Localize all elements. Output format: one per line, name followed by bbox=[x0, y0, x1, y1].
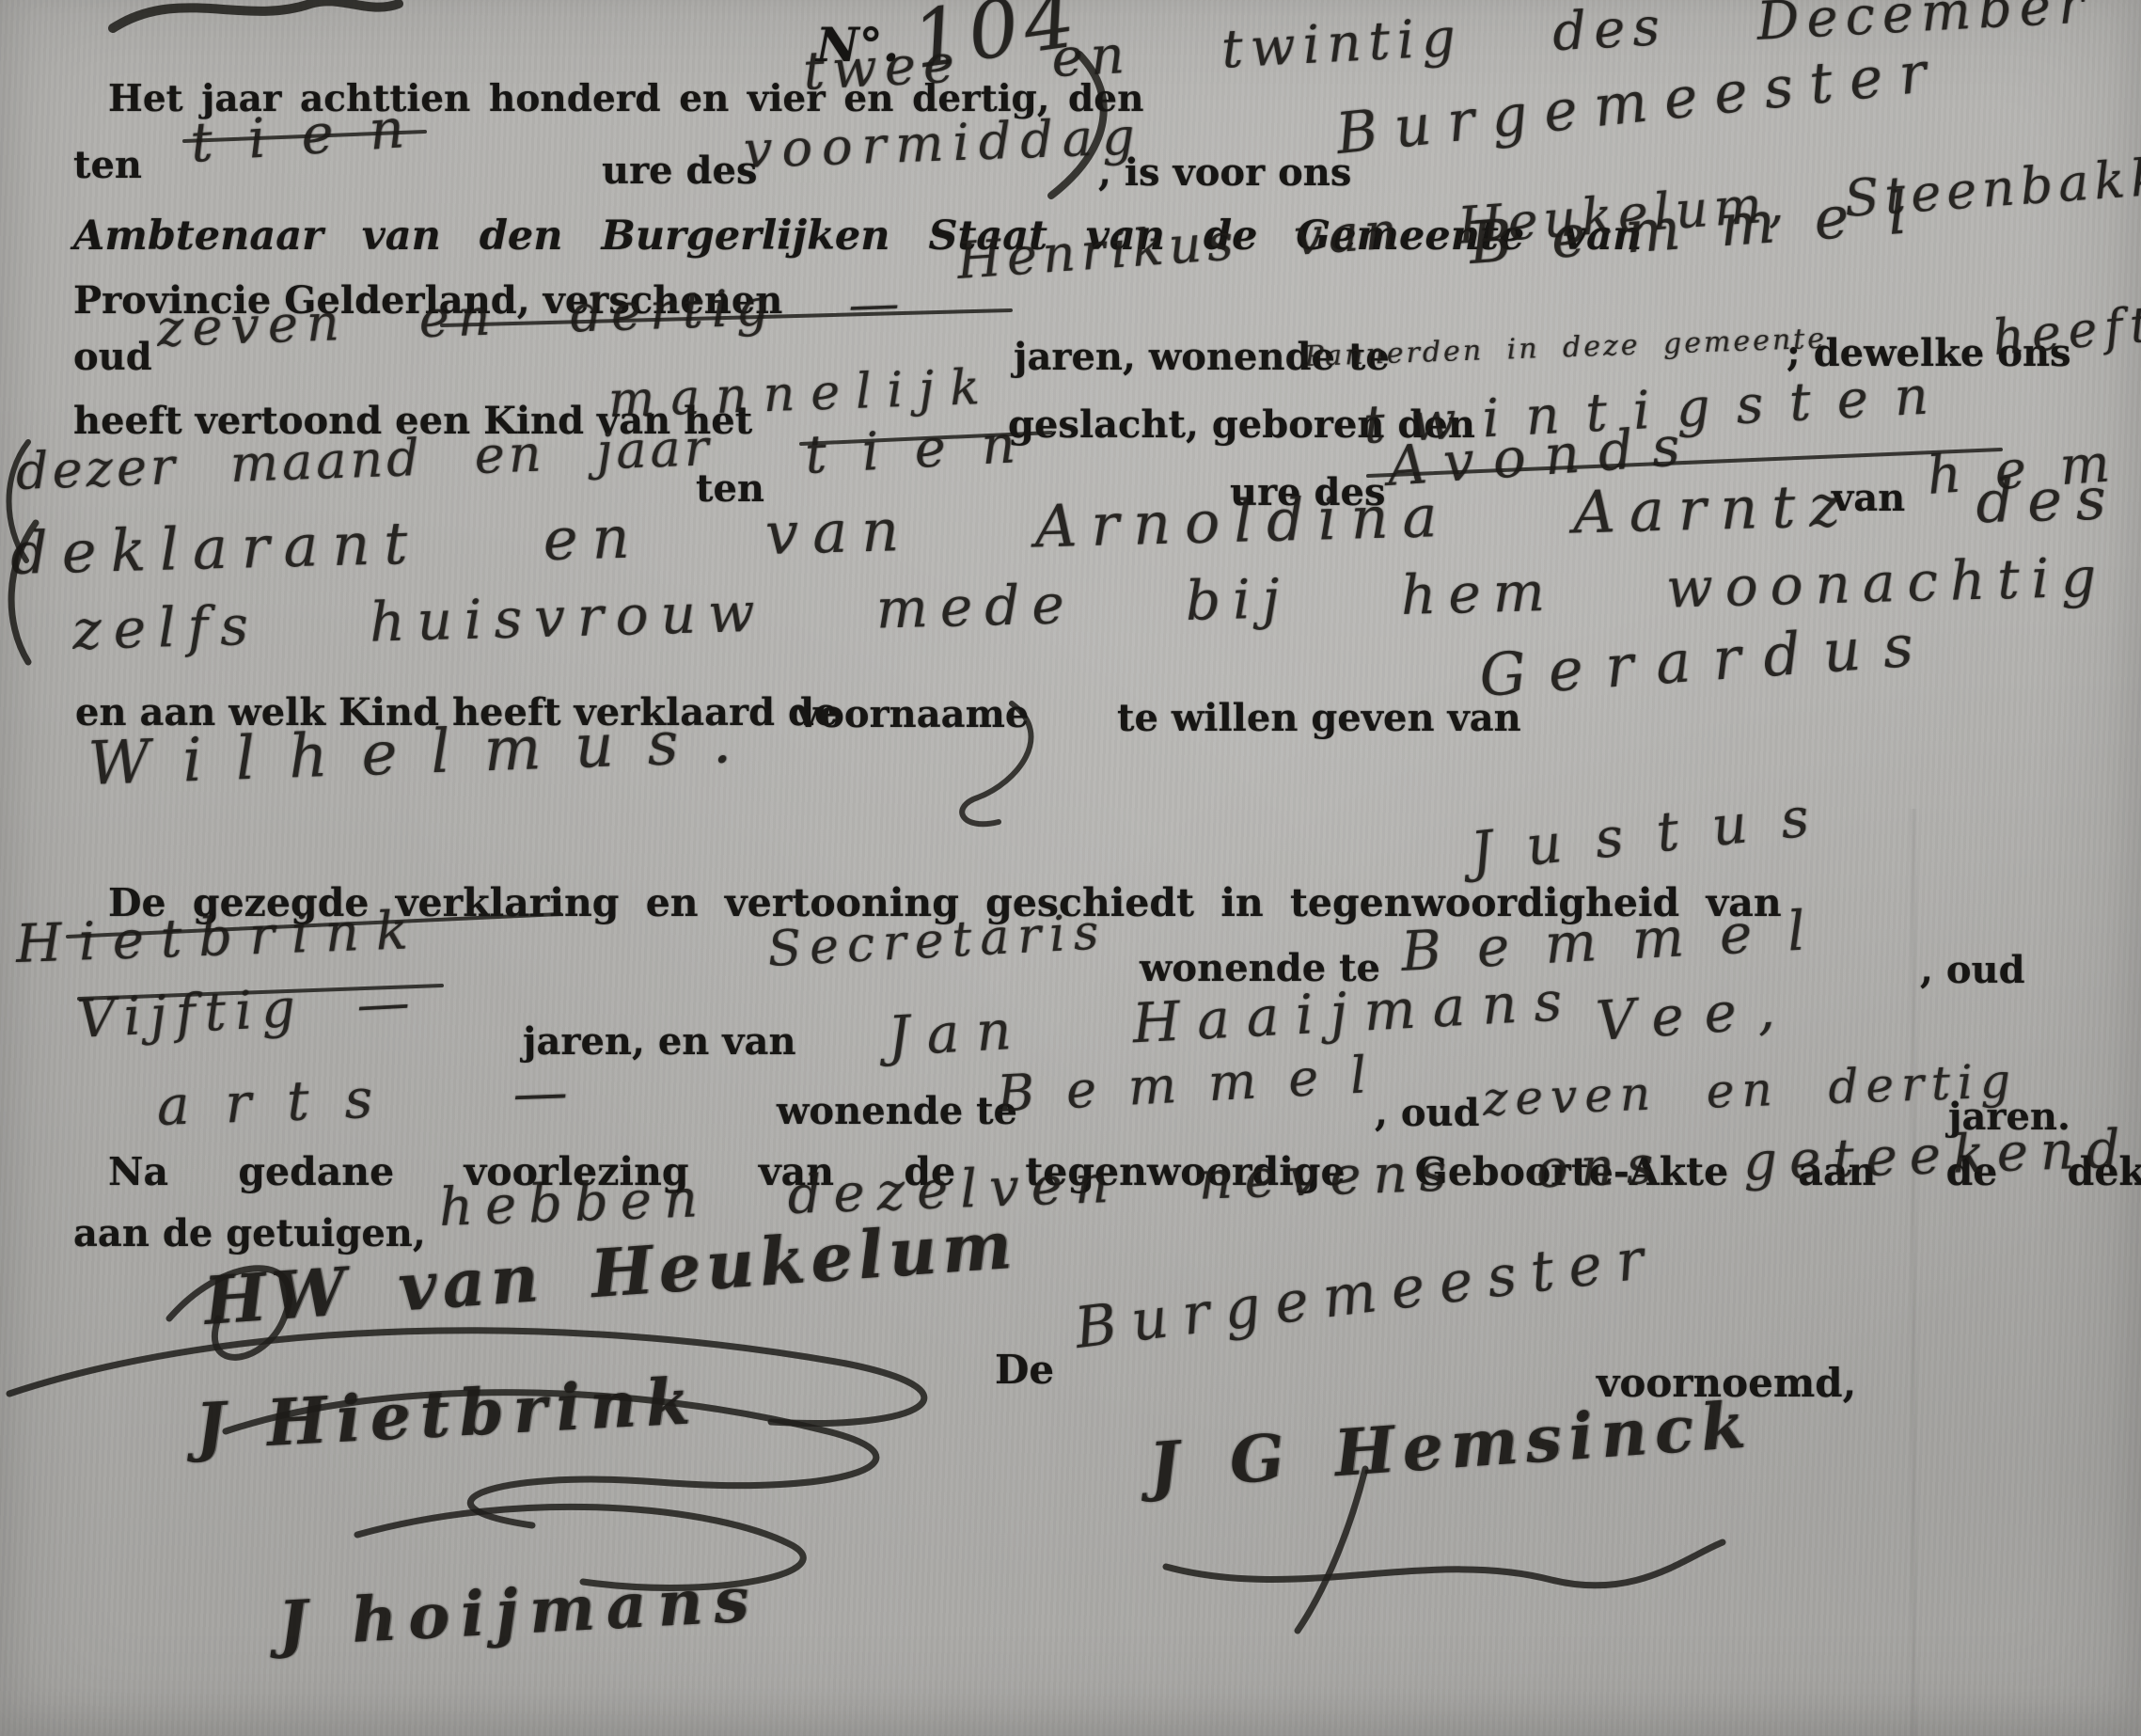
paper-crease bbox=[1909, 809, 1918, 1736]
printed-wonende-te-2: wonende te bbox=[777, 1089, 1017, 1133]
printed-oud: oud bbox=[73, 335, 152, 379]
hand-witness2-age: zeven en dertig bbox=[1482, 1053, 2019, 1127]
printed-de: De bbox=[995, 1347, 1054, 1393]
hand-witness2-occupation-a: Vee, bbox=[1594, 975, 1797, 1053]
hand-witness1-age: Vijftig — bbox=[76, 971, 420, 1050]
hand-witness2-occupation-b: arts — bbox=[156, 1058, 605, 1138]
hand-child-firstname: Gerardus bbox=[1477, 609, 1938, 710]
pen-flourish-topleft bbox=[113, 1, 399, 28]
hand-burgemeester-title: Burgemeester bbox=[1071, 1224, 1661, 1362]
printed-voornaame: voornaame bbox=[797, 692, 1029, 736]
hand-declarant-residence: Pannerden in deze gemeente bbox=[1304, 323, 1828, 373]
hand-heeft: heeft bbox=[1991, 296, 2141, 367]
birth-certificate-scan: N°. 104 Het jaar achttien honderd en vie… bbox=[0, 0, 2141, 1736]
hand-witness1-lastname: Hietbrink bbox=[15, 900, 426, 975]
printed-is-voor-ons: , is voor ons bbox=[1098, 150, 1351, 195]
printed-name-line-2: te willen geven van bbox=[1117, 696, 1521, 740]
printed-ure-des: ure des bbox=[602, 149, 757, 193]
signature-witness1: J Hietbrink bbox=[194, 1364, 701, 1465]
printed-jaren-en-van: jaren, en van bbox=[523, 1019, 796, 1064]
printed-ten: ten bbox=[73, 143, 142, 187]
hand-daypart-entry: voormiddag bbox=[743, 106, 1145, 180]
printed-oud-3: , oud bbox=[1375, 1091, 1480, 1135]
hand-witness1-firstname: Justus bbox=[1468, 781, 1846, 884]
hand-birth-hour: tien bbox=[804, 412, 1053, 486]
hand-getekend-line: hebben dezelven nevens ons geteekend bbox=[438, 1118, 2133, 1239]
printed-oud-2: , oud bbox=[1920, 948, 2025, 992]
printed-getuigen: aan de getuigen, bbox=[73, 1211, 426, 1255]
signature-burgemeester: J G Hemsinck bbox=[1146, 1387, 1755, 1505]
signature-flourish-burgemeester-underline bbox=[1166, 1542, 1723, 1586]
signature-witness2: J hoijmans bbox=[276, 1562, 762, 1661]
